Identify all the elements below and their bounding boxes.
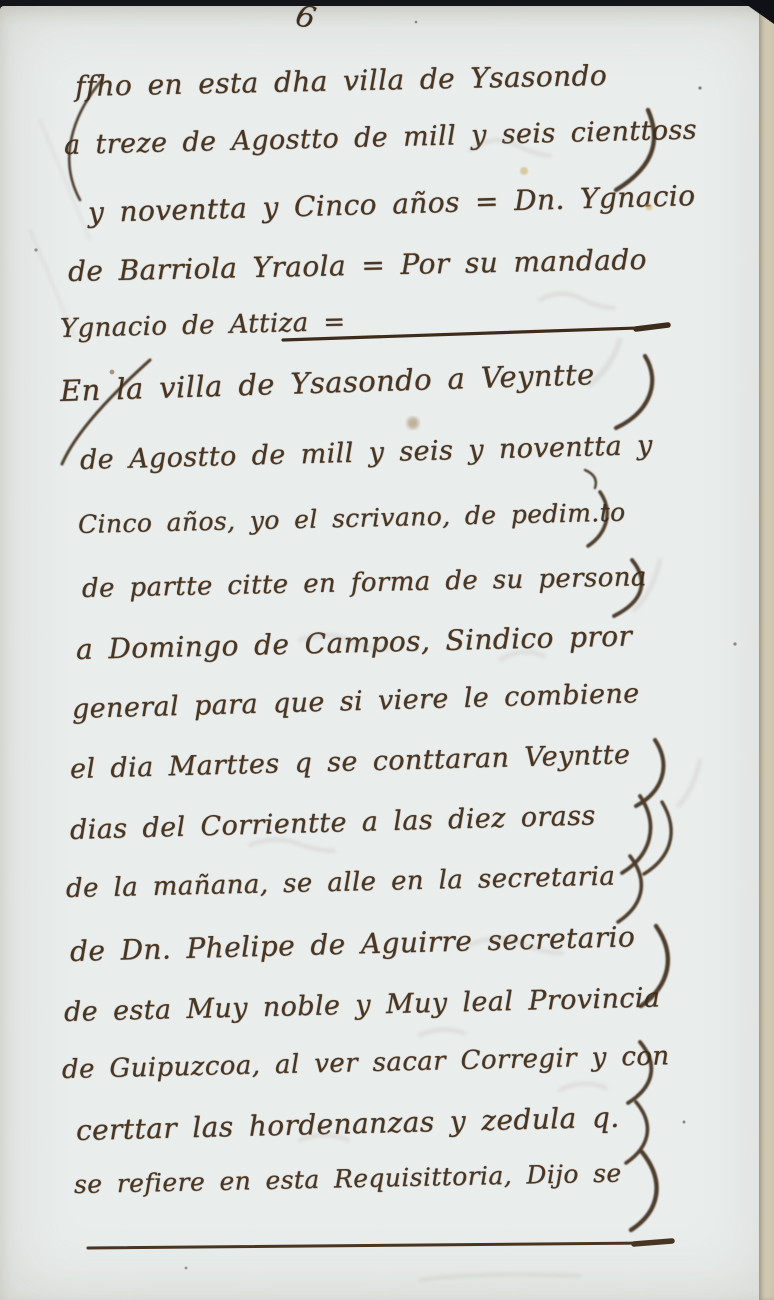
screenshot-root: { "manuscript": { "folio_number": "6", "… — [0, 0, 774, 1300]
page-edge — [759, 0, 774, 1300]
photo-corner-shadow — [740, 0, 774, 24]
